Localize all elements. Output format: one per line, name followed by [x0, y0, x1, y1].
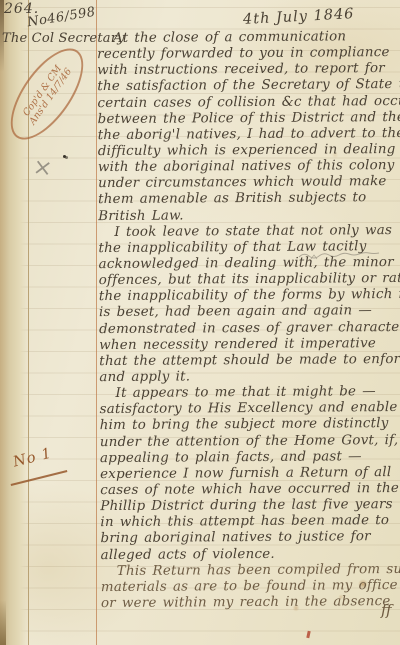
manuscript-line: This Return has been compiled from such [101, 562, 400, 580]
manuscript-line: I took leave to state that not only was [98, 223, 400, 241]
date: 4th July 1846 [243, 6, 355, 28]
manuscript-line: appealing to plain facts, and past — [100, 449, 400, 467]
manuscript-body: At the close of a communicationrecently … [97, 29, 400, 612]
manuscript-line: them amenable as British subjects to [98, 190, 400, 208]
page-edge-shadow-bottom [0, 600, 6, 645]
pencil-interlineation [297, 249, 389, 261]
ink-speck [63, 155, 66, 158]
manuscript-line: materials as are to be found in my offic… [101, 578, 400, 596]
manuscript-line: experience I now furnish a Return of all [100, 465, 400, 483]
manuscript-line: under the attention of the Home Govt, if… [100, 432, 400, 450]
pencil-x-mark: × [31, 154, 54, 182]
manuscript-line: or were within my reach in the absence [101, 594, 400, 612]
manuscript-line: the satisfaction of the Secretary of Sta… [97, 77, 400, 95]
manuscript-page: 264. No46/598 The Col Secretary 4th July… [0, 0, 400, 645]
manuscript-line: between the Police of this District and … [98, 110, 400, 128]
manuscript-line: him to bring the subject more distinctly [100, 416, 400, 434]
red-tick-mark [306, 631, 310, 638]
manuscript-line: certain cases of collision &c that had o… [97, 93, 400, 111]
manuscript-line: is beset, had been again and again — [99, 303, 400, 321]
manuscript-line: bring aboriginal natives to justice for [100, 529, 400, 547]
manuscript-line: when necessity rendered it imperative [99, 336, 400, 354]
manuscript-line: that the attempt should be made to enfor… [99, 352, 400, 370]
manuscript-line: demonstrated in cases of graver characte… [99, 319, 400, 337]
catchword: ff [381, 601, 392, 619]
